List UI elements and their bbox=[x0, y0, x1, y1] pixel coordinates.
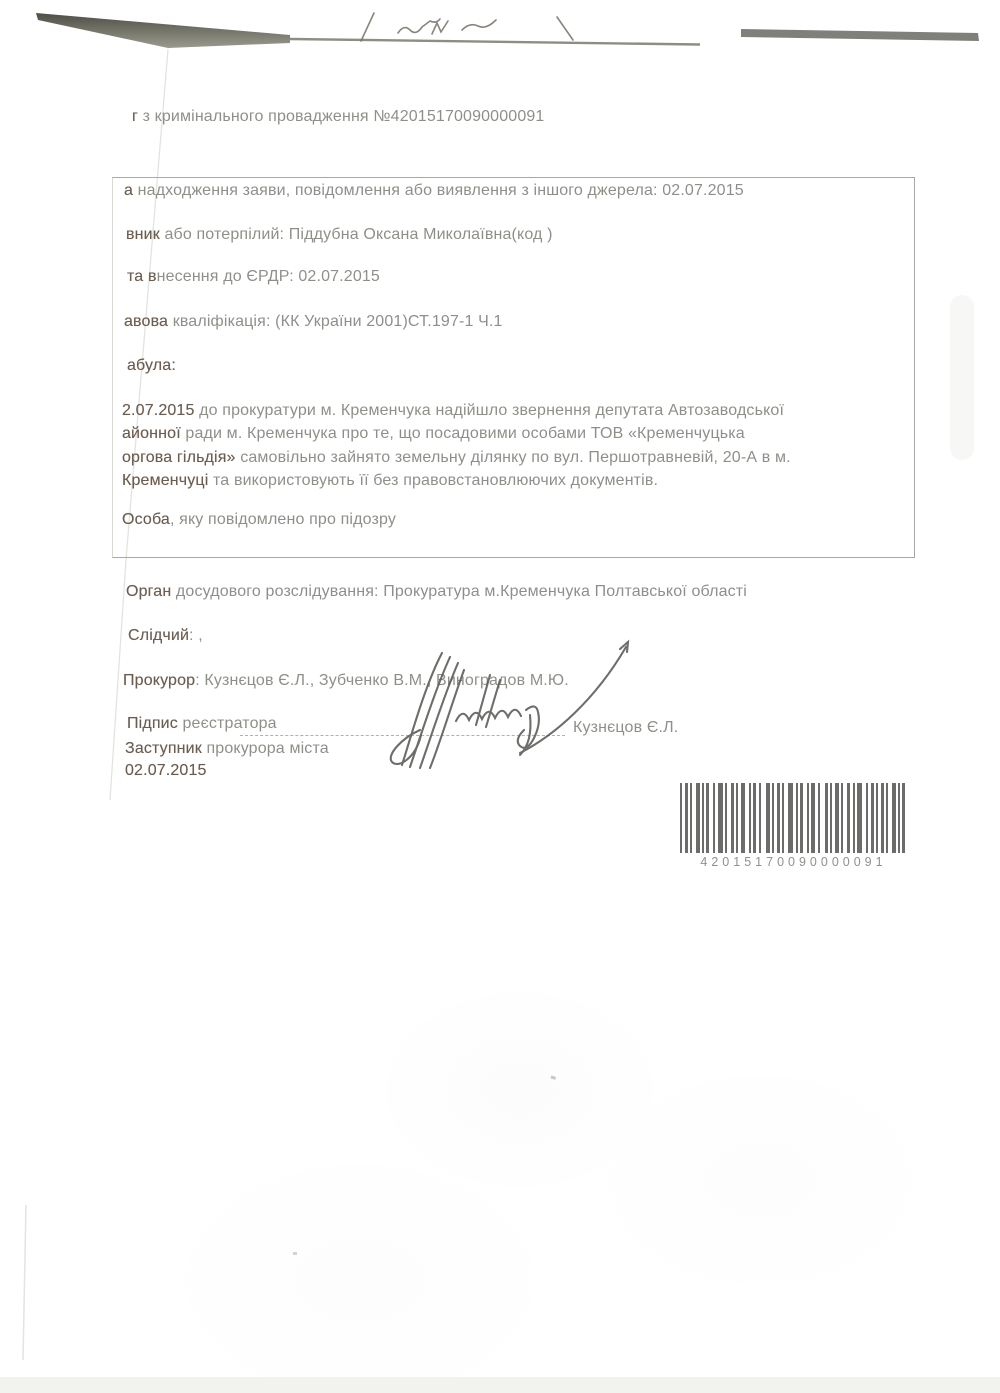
handwritten-annotation bbox=[361, 13, 573, 41]
scan-speck-2 bbox=[293, 1252, 297, 1255]
line-erdr-date: та внесення до ЄРДР: 02.07.2015 bbox=[127, 267, 380, 287]
line-investigation-authority: Орган досудового розслідування: Прокурат… bbox=[126, 582, 747, 602]
registrar-name: Кузнєцов Є.Л. bbox=[573, 718, 678, 738]
right-margin-smudge bbox=[950, 295, 974, 460]
line-prosecutors: Прокурор: Кузнєцов Є.Л., Зубченко В.М., … bbox=[123, 671, 569, 691]
barcode: 42015170090000091 bbox=[680, 783, 907, 869]
scanned-document: г з кримінального провадження №420151700… bbox=[0, 0, 1000, 1393]
barcode-bars bbox=[680, 783, 907, 853]
fabula-paragraph: 2.07.2015 до прокуратури м. Кременчука н… bbox=[122, 399, 922, 493]
bottom-scan-band bbox=[0, 1377, 1000, 1393]
registrar-date: 02.07.2015 bbox=[125, 761, 207, 781]
fabula-line: Кременчуці та використовують її без прав… bbox=[122, 469, 922, 492]
registrar-title: Заступник прокурора міста bbox=[125, 739, 329, 759]
signature-line bbox=[240, 721, 565, 736]
fabula-line: айонної ради м. Кременчука про те, що по… bbox=[122, 422, 922, 445]
barcode-number: 42015170090000091 bbox=[680, 855, 907, 869]
line-applicant: вник або потерпілий: Піддубна Оксана Мик… bbox=[126, 225, 553, 245]
fabula-line: оргова гільдія» самовільно зайнято земел… bbox=[122, 446, 922, 469]
line-investigator: Слідчий: , bbox=[128, 626, 203, 646]
line-receipt-date: а надходження заяви, повідомлення або ви… bbox=[124, 181, 744, 201]
page-top-edge-artifact bbox=[36, 13, 979, 48]
line-qualification: авова кваліфікація: (КК України 2001)СТ.… bbox=[124, 312, 503, 332]
registrar-signature bbox=[380, 635, 650, 785]
scan-speck-1 bbox=[550, 1075, 556, 1080]
line-fabula-label: абула: bbox=[127, 356, 176, 376]
bottom-left-edge-artifact bbox=[23, 1205, 26, 1360]
line-case-number: г з кримінального провадження №420151700… bbox=[132, 107, 544, 127]
line-suspect-notice: Особа, яку повідомлено про підозру bbox=[122, 510, 396, 530]
fabula-line: 2.07.2015 до прокуратури м. Кременчука н… bbox=[122, 399, 922, 422]
